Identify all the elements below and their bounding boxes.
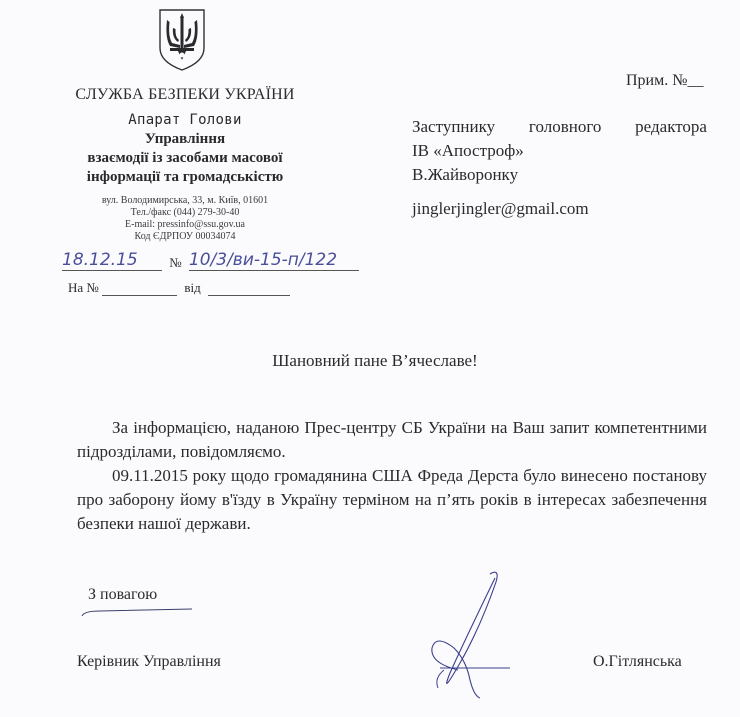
trident-coat-of-arms-icon xyxy=(156,8,208,72)
body-paragraph: За інформацією, наданою Прес-центру СБ У… xyxy=(77,416,707,464)
addressee-line-2: ІВ «Апостроф» xyxy=(412,139,707,163)
addressee-block: Заступнику головного редактора ІВ «Апост… xyxy=(412,115,707,187)
department-line: взаємодії із засобами масової xyxy=(0,149,370,168)
address: вул. Володимирська, 33, м. Київ, 01601 xyxy=(0,195,370,207)
reply-number-blank xyxy=(102,283,177,296)
handwritten-number: 10/3/ви-15-п/122 xyxy=(189,250,337,270)
reply-date-blank xyxy=(208,283,290,296)
phone-fax: Тел./факс (044) 279-30-40 xyxy=(0,207,370,219)
reply-label: На № xyxy=(68,280,99,295)
department-line: інформації та громадськістю xyxy=(0,168,370,187)
addressee-word: Заступнику xyxy=(412,115,495,139)
date-field: 18.12.15 xyxy=(62,250,162,271)
handwritten-signature-icon xyxy=(400,568,540,708)
closing-underline-flourish xyxy=(80,604,195,614)
addressee-word: головного xyxy=(529,115,601,139)
letter-body: За інформацією, наданою Прес-центру СБ У… xyxy=(77,416,707,536)
number-label: № xyxy=(169,255,181,270)
addressee-line-3: В.Жайворонку xyxy=(412,163,707,187)
number-field: 10/3/ви-15-п/122 xyxy=(189,250,359,271)
apparatus-name: Апарат Голови xyxy=(0,112,370,128)
department-name: Управління взаємодії із засобами масової… xyxy=(0,130,370,187)
salutation: Шановний пане В’ячеславе! xyxy=(0,351,740,371)
organization-name: СЛУЖБА БЕЗПЕКИ УКРАЇНИ xyxy=(0,86,370,104)
body-paragraph: 09.11.2015 року щодо громадянина США Фре… xyxy=(77,464,707,536)
copy-number: Прим. №__ xyxy=(626,72,704,90)
email-contact: E-mail: pressinfo@ssu.gov.ua xyxy=(0,219,370,231)
department-line: Управління xyxy=(0,130,370,149)
signer-name: О.Гітлянська xyxy=(593,653,682,671)
reference-row: На № від xyxy=(68,280,368,296)
handwritten-date: 18.12.15 xyxy=(62,250,138,270)
addressee-word: редактора xyxy=(635,115,707,139)
addressee-email: jinglerjingler@gmail.com xyxy=(412,199,589,219)
closing: З повагою xyxy=(88,586,157,604)
edrpou-code: Код ЄДРПОУ 00034074 xyxy=(0,231,370,243)
addressee-line-1: Заступнику головного редактора xyxy=(412,115,707,139)
signer-title: Керівник Управління xyxy=(77,653,221,671)
registration-row: 18.12.15 № 10/3/ви-15-п/122 xyxy=(62,250,362,274)
contact-block: вул. Володимирська, 33, м. Київ, 01601 Т… xyxy=(0,195,370,243)
from-label: від xyxy=(184,280,200,295)
